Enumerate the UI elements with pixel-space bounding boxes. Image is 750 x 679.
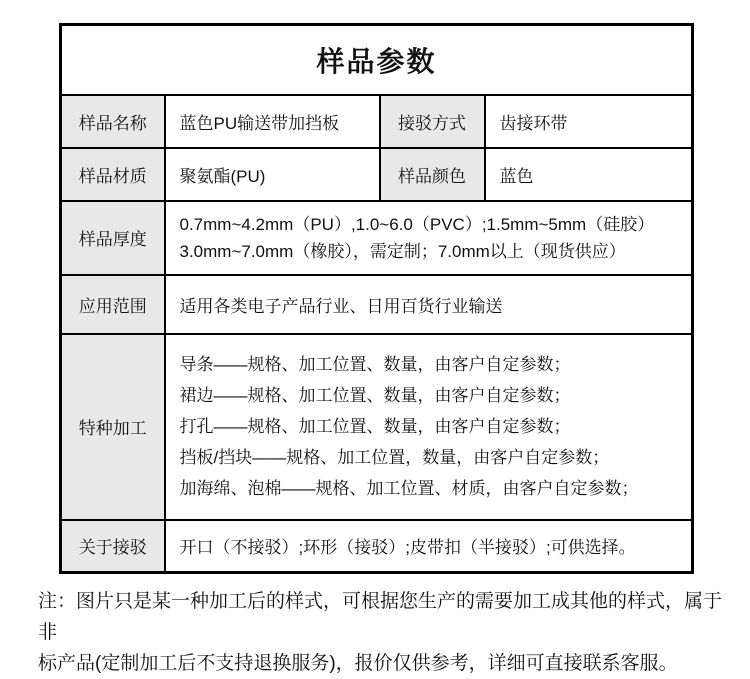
row-label-sample-color: 样品颜色 — [380, 148, 485, 201]
row-label-sample-material: 样品材质 — [61, 148, 165, 201]
table-row-name-joint: 样品名称 蓝色PU输送带加挡板 接驳方式 齿接环带 — [61, 95, 693, 148]
row-label-about-joint: 关于接驳 — [61, 520, 165, 573]
table-row-thickness: 样品厚度 0.7mm~4.2mm（PU）,1.0~6.0（PVC）;1.5mm~… — [61, 201, 693, 275]
special-line-punching: 打孔——规格、加工位置、数量，由客户自定参数； — [180, 411, 684, 442]
row-label-sample-name: 样品名称 — [61, 95, 165, 148]
row-label-thickness: 样品厚度 — [61, 201, 165, 275]
row-value-special-processing: 导条——规格、加工位置、数量，由客户自定参数； 裙边——规格、加工位置、数量，由… — [165, 334, 693, 520]
thickness-line-1: 0.7mm~4.2mm（PU）,1.0~6.0（PVC）;1.5mm~5mm（硅… — [180, 211, 684, 238]
thickness-line-2: 3.0mm~7.0mm（橡胶），需定制；7.0mm以上（现货供应） — [180, 238, 684, 265]
table-row-special-processing: 特种加工 导条——规格、加工位置、数量，由客户自定参数； 裙边——规格、加工位置… — [61, 334, 693, 520]
footnote-line-2: 标产品(定制加工后不支持退换服务)，报价仅供参考，详细可直接联系客服。 — [38, 648, 728, 679]
special-line-baffle: 挡板/挡块——规格、加工位置，数量，由客户自定参数； — [180, 442, 684, 473]
row-value-joint-method: 齿接环带 — [485, 95, 693, 148]
table-row-material-color: 样品材质 聚氨酯(PU) 样品颜色 蓝色 — [61, 148, 693, 201]
row-value-sample-color: 蓝色 — [485, 148, 693, 201]
row-value-application: 适用各类电子产品行业、日用百货行业输送 — [165, 275, 693, 334]
spec-table: 样品参数 样品名称 蓝色PU输送带加挡板 接驳方式 齿接环带 样品材质 聚氨酯(… — [59, 23, 694, 574]
table-title: 样品参数 — [61, 25, 693, 95]
row-value-about-joint: 开口（不接驳）;环形（接驳）;皮带扣（半接驳）;可供选择。 — [165, 520, 693, 573]
special-line-skirt: 裙边——规格、加工位置、数量，由客户自定参数； — [180, 380, 684, 411]
table-title-row: 样品参数 — [61, 25, 693, 95]
row-label-joint-method: 接驳方式 — [380, 95, 485, 148]
row-value-sample-name: 蓝色PU输送带加挡板 — [165, 95, 380, 148]
row-label-special-processing: 特种加工 — [61, 334, 165, 520]
table-row-about-joint: 关于接驳 开口（不接驳）;环形（接驳）;皮带扣（半接驳）;可供选择。 — [61, 520, 693, 573]
application-line-1: 适用各类电子产品行业、日用百货行业输送 — [180, 292, 684, 317]
row-label-application: 应用范围 — [61, 275, 165, 334]
table-row-application: 应用范围 适用各类电子产品行业、日用百货行业输送 — [61, 275, 693, 334]
footnote-line-1: 注：图片只是某一种加工后的样式，可根据您生产的需要加工成其他的样式，属于非 — [38, 586, 728, 648]
row-value-sample-material: 聚氨酯(PU) — [165, 148, 380, 201]
special-line-guide-strip: 导条——规格、加工位置、数量，由客户自定参数； — [180, 349, 684, 380]
special-line-sponge: 加海绵、泡棉——规格、加工位置、材质，由客户自定参数； — [180, 473, 684, 504]
row-value-thickness: 0.7mm~4.2mm（PU）,1.0~6.0（PVC）;1.5mm~5mm（硅… — [165, 201, 693, 275]
footnote: 注：图片只是某一种加工后的样式，可根据您生产的需要加工成其他的样式，属于非 标产… — [38, 586, 728, 679]
joint-line-1: 开口（不接驳）;环形（接驳）;皮带扣（半接驳）;可供选择。 — [180, 533, 684, 558]
